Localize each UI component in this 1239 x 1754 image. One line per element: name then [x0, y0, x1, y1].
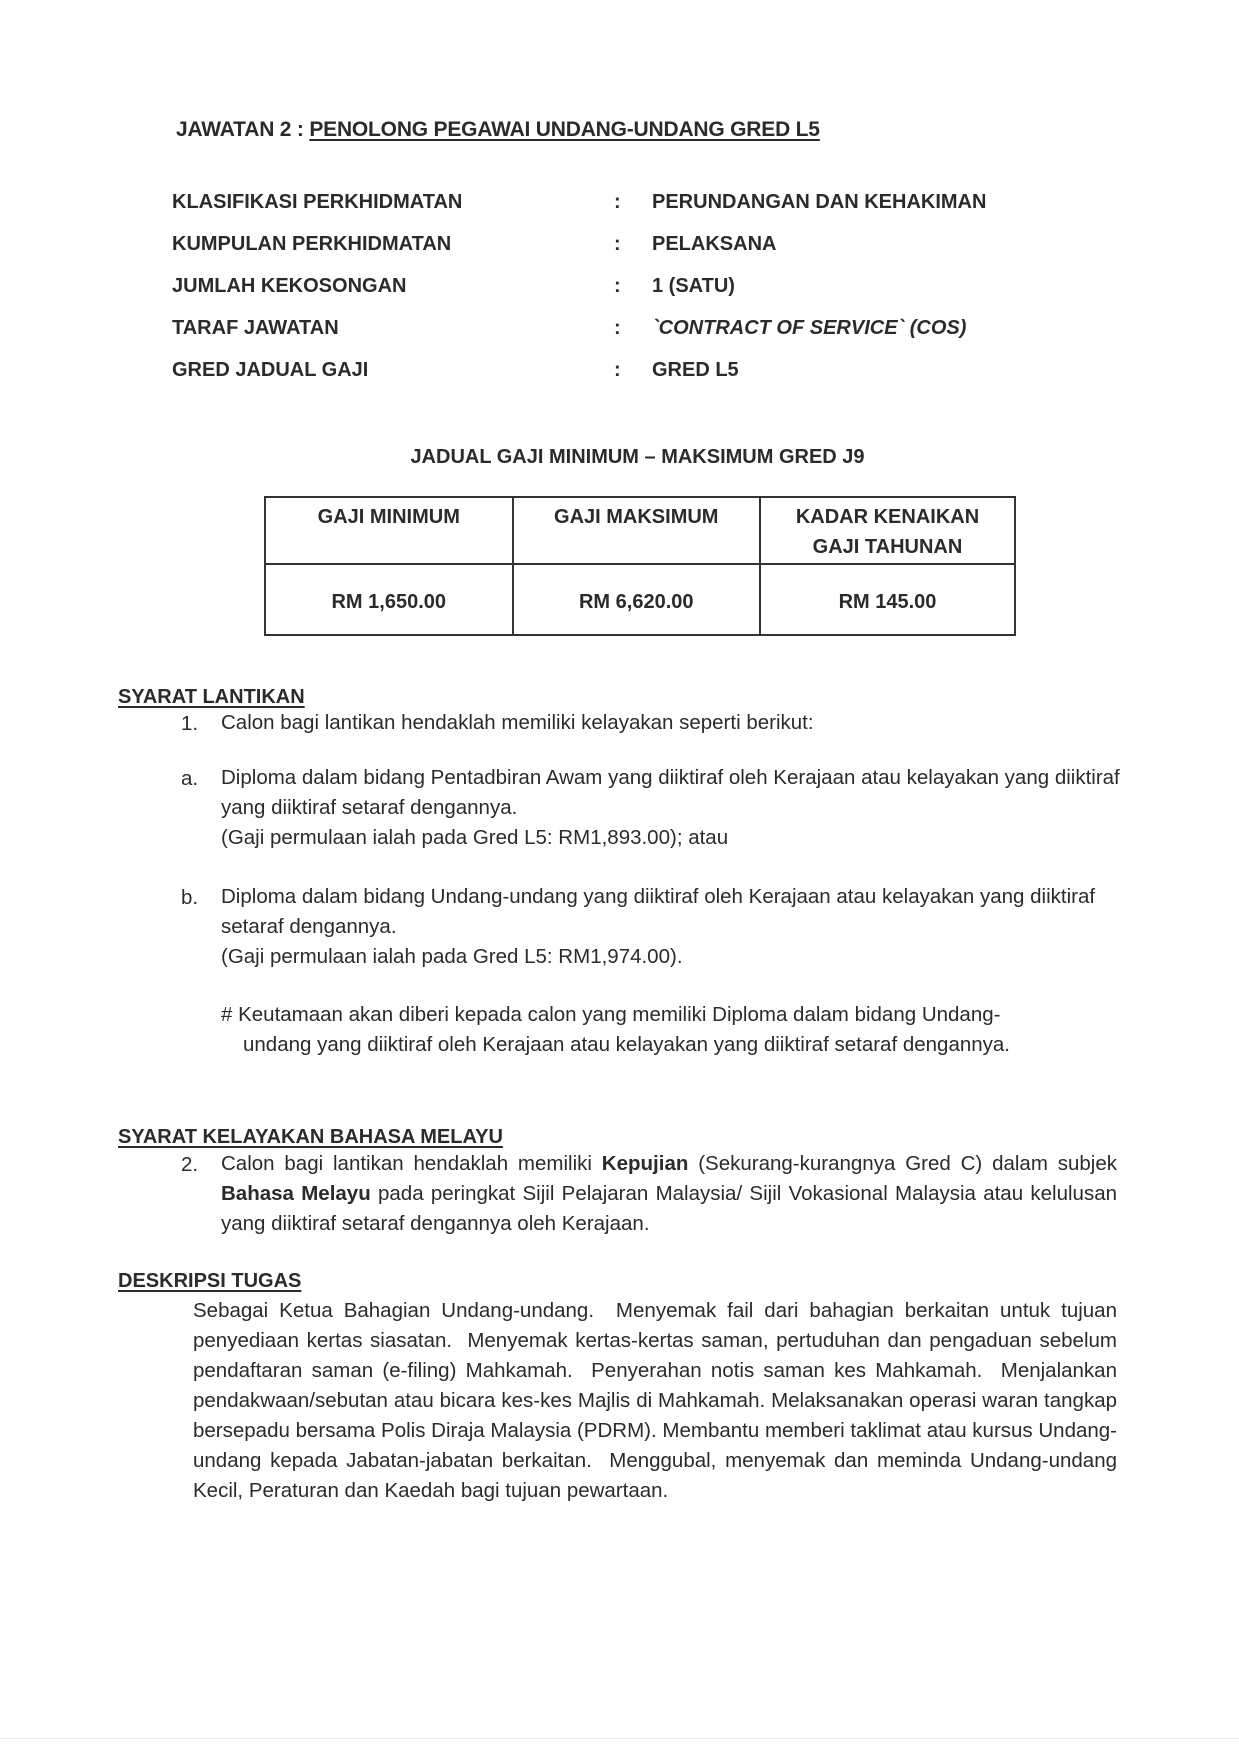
value-gaji-minimum: RM 1,650.00	[265, 564, 513, 635]
item-marker: 1.	[181, 712, 198, 736]
salary-table-title: JADUAL GAJI MINIMUM – MAKSIMUM GRED J9	[0, 446, 1239, 469]
info-label: JUMLAH KEKOSONGAN	[172, 275, 406, 298]
bold-bahasa-melayu: Bahasa Melayu	[221, 1182, 371, 1205]
info-value: GRED L5	[652, 359, 739, 382]
salary-table: GAJI MINIMUM GAJI MAKSIMUM KADAR KENAIKA…	[264, 496, 1016, 636]
qualification-a-salary: (Gaji permulaan ialah pada Gred L5: RM1,…	[221, 823, 1121, 853]
info-value: PERUNDANGAN DAN KEHAKIMAN	[652, 191, 986, 214]
qualification-b-text: Diploma dalam bidang Undang-undang yang …	[221, 882, 1121, 942]
title-prefix: JAWATAN 2 :	[176, 118, 309, 141]
info-label: TARAF JAWATAN	[172, 317, 339, 340]
qualification-a-text: Diploma dalam bidang Pentadbiran Awam ya…	[221, 763, 1121, 823]
info-colon: :	[614, 191, 621, 214]
section-heading-syarat-lantikan: SYARAT LANTIKAN	[118, 686, 305, 709]
text-segment: (Sekurang-kurangnya Gred C) dalam subjek	[688, 1152, 1117, 1175]
page-bottom-edge	[0, 1738, 1239, 1739]
qualification-b-salary: (Gaji permulaan ialah pada Gred L5: RM1,…	[221, 942, 1121, 972]
info-colon: :	[614, 275, 621, 298]
info-colon: :	[614, 317, 621, 340]
syarat-lantikan-intro: Calon bagi lantikan hendaklah memiliki k…	[221, 708, 1121, 738]
page-title: JAWATAN 2 : PENOLONG PEGAWAI UNDANG-UNDA…	[176, 118, 820, 142]
header-gaji-minimum: GAJI MINIMUM	[265, 497, 513, 564]
value-gaji-maksimum: RM 6,620.00	[513, 564, 761, 635]
info-value: 1 (SATU)	[652, 275, 735, 298]
qualification-a: Diploma dalam bidang Pentadbiran Awam ya…	[221, 763, 1121, 853]
header-gaji-maksimum: GAJI MAKSIMUM	[513, 497, 761, 564]
priority-note-line2: undang yang diiktiraf oleh Kerajaan atau…	[221, 1030, 1141, 1060]
info-colon: :	[614, 233, 621, 256]
info-colon: :	[614, 359, 621, 382]
item-marker-b: b.	[181, 886, 198, 910]
item-marker: 2.	[181, 1153, 198, 1177]
priority-note: # Keutamaan akan diberi kepada calon yan…	[221, 1000, 1141, 1060]
position-name: PENOLONG PEGAWAI UNDANG-UNDANG GRED L5	[309, 118, 819, 141]
info-label: KUMPULAN PERKHIDMATAN	[172, 233, 451, 256]
text-segment: Calon bagi lantikan hendaklah memiliki	[221, 1152, 602, 1175]
priority-note-line1: # Keutamaan akan diberi kepada calon yan…	[221, 1000, 1141, 1030]
info-value: PELAKSANA	[652, 233, 776, 256]
section-heading-deskripsi-tugas: DESKRIPSI TUGAS	[118, 1270, 301, 1293]
salary-table-row: RM 1,650.00 RM 6,620.00 RM 145.00	[265, 564, 1015, 635]
item-marker-a: a.	[181, 767, 198, 791]
syarat-bahasa-text: Calon bagi lantikan hendaklah memiliki K…	[221, 1149, 1117, 1239]
header-kadar-kenaikan-line1: KADAR KENAIKAN	[796, 506, 979, 528]
deskripsi-tugas-text: Sebagai Ketua Bahagian Undang-undang. Me…	[193, 1296, 1117, 1506]
salary-table-header-row: GAJI MINIMUM GAJI MAKSIMUM KADAR KENAIKA…	[265, 497, 1015, 564]
info-label: KLASIFIKASI PERKHIDMATAN	[172, 191, 462, 214]
info-value: `CONTRACT OF SERVICE` (COS)	[652, 317, 966, 340]
header-kadar-kenaikan-line2: GAJI TAHUNAN	[813, 536, 963, 558]
value-kadar-kenaikan: RM 145.00	[760, 564, 1015, 635]
header-kadar-kenaikan: KADAR KENAIKAN GAJI TAHUNAN	[760, 497, 1015, 564]
info-label: GRED JADUAL GAJI	[172, 359, 368, 382]
bold-kepujian: Kepujian	[602, 1152, 689, 1175]
qualification-b: Diploma dalam bidang Undang-undang yang …	[221, 882, 1121, 972]
section-heading-syarat-bahasa: SYARAT KELAYAKAN BAHASA MELAYU	[118, 1126, 503, 1149]
